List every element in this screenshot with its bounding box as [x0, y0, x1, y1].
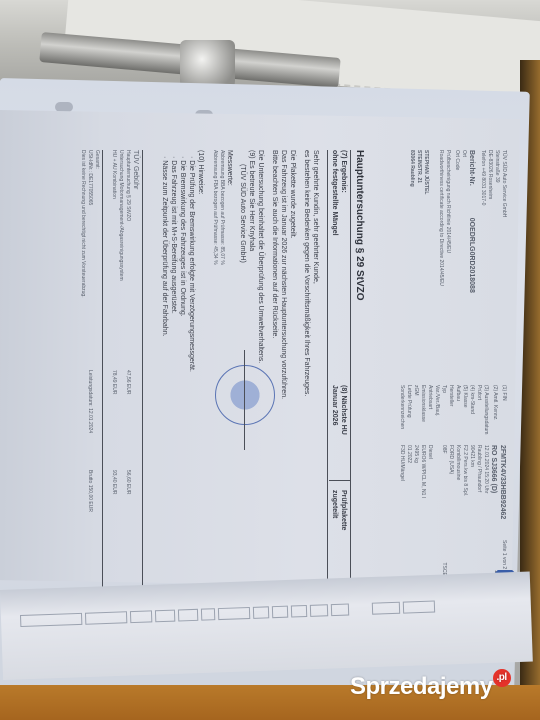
fees-block: TÜV Gebühr Hauptuntersuchung § 29 StVZO4… [110, 150, 140, 590]
result-block: (7) Ergebnis: ohne festgestellte Mängel [330, 150, 348, 236]
next-hu-block: (8) Nächste HU Januar 2026 [330, 385, 348, 435]
issuer-block: TÜV SÜD Auto Service GmbH Steinstraße 39… [408, 150, 507, 300]
report-title: Hauptuntersuchung § 29 StVZO [354, 150, 365, 301]
report-number: 0OEDRLG0RD2018088 [468, 218, 475, 293]
total-block: Gesamt: USt-IdNr.: DE177055065Leistungsd… [79, 150, 100, 590]
divider [350, 150, 351, 590]
inspection-report: TÜV SÜD Auto Service GmbH Steinstraße 39… [55, 140, 515, 610]
signature-line [244, 350, 245, 450]
body-text: Sehr geehrte Kundin, sehr geehrter Kunde… [160, 150, 320, 530]
photo-scene: TÜV SÜD Auto Service GmbH Steinstraße 39… [0, 0, 540, 720]
sleeve-bottom-edge [0, 572, 533, 680]
watermark-pl-badge: .pl [493, 669, 511, 687]
watermark-logo: Sprzedajemy.pl [350, 673, 511, 701]
plakette-block: Prüfplakette zugeteilt [330, 490, 348, 530]
tuv-stamp-icon [215, 365, 275, 425]
page-indicator: Seite 1 von 2 [500, 540, 507, 569]
